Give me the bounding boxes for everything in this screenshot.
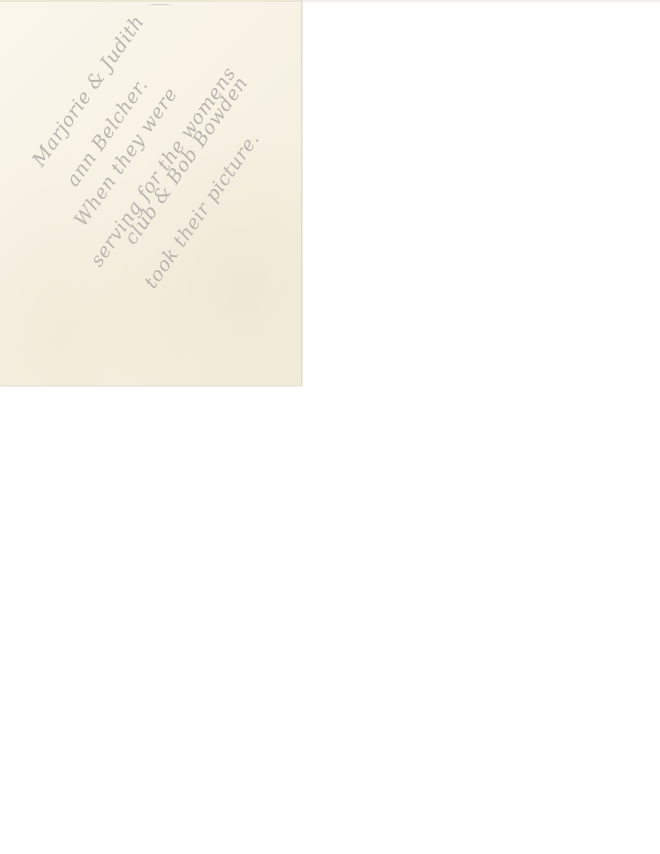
- scanner-edge: [300, 0, 660, 3]
- photo-back-card: Marjorie & Judith ann Belcher. When they…: [0, 0, 302, 386]
- handwritten-note: Marjorie & Judith ann Belcher. When they…: [0, 0, 301, 385]
